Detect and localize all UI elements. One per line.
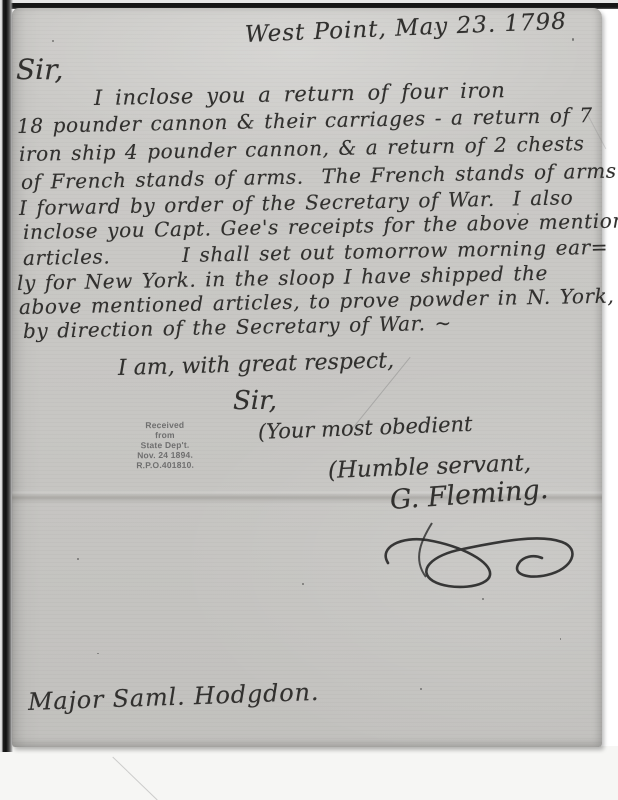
paper-speck	[97, 653, 99, 654]
closing-obedient-line: (Your most obedient	[258, 412, 473, 444]
received-stamp: Received from State Dep't. Nov. 24 1894.…	[125, 420, 205, 471]
pen-flourish-icon	[370, 521, 584, 595]
paper-speck	[52, 40, 54, 42]
scanned-letter-page: West Point, May 23. 1798 Sir, I inclose …	[0, 0, 618, 800]
stamp-line: Received	[125, 420, 205, 431]
closing-sir-line: Sir,	[233, 386, 277, 416]
paper-speck	[420, 688, 422, 690]
closing-respect-line: I am, with great respect,	[118, 348, 395, 381]
paper-speck	[434, 28, 436, 30]
paper-speck	[302, 583, 304, 585]
scan-left-edge	[0, 0, 13, 752]
stamp-line: from	[125, 430, 205, 441]
paper-speck	[482, 598, 484, 600]
dateline: West Point, May 23. 1798	[244, 9, 567, 48]
recipient-address: Major Saml. Hodgdon.	[28, 678, 320, 716]
stamp-line: R.P.O.401810.	[125, 460, 205, 471]
scan-bottom-margin	[0, 746, 618, 800]
paper-speck	[572, 38, 574, 41]
paper-speck	[560, 638, 561, 640]
stamp-line: Nov. 24 1894.	[125, 450, 205, 461]
paper-speck	[77, 558, 79, 560]
letter-paper: West Point, May 23. 1798 Sir, I inclose …	[12, 8, 602, 747]
salutation: Sir,	[16, 53, 63, 86]
stamp-line: State Dep't.	[125, 440, 205, 451]
paper-speck	[517, 213, 519, 215]
